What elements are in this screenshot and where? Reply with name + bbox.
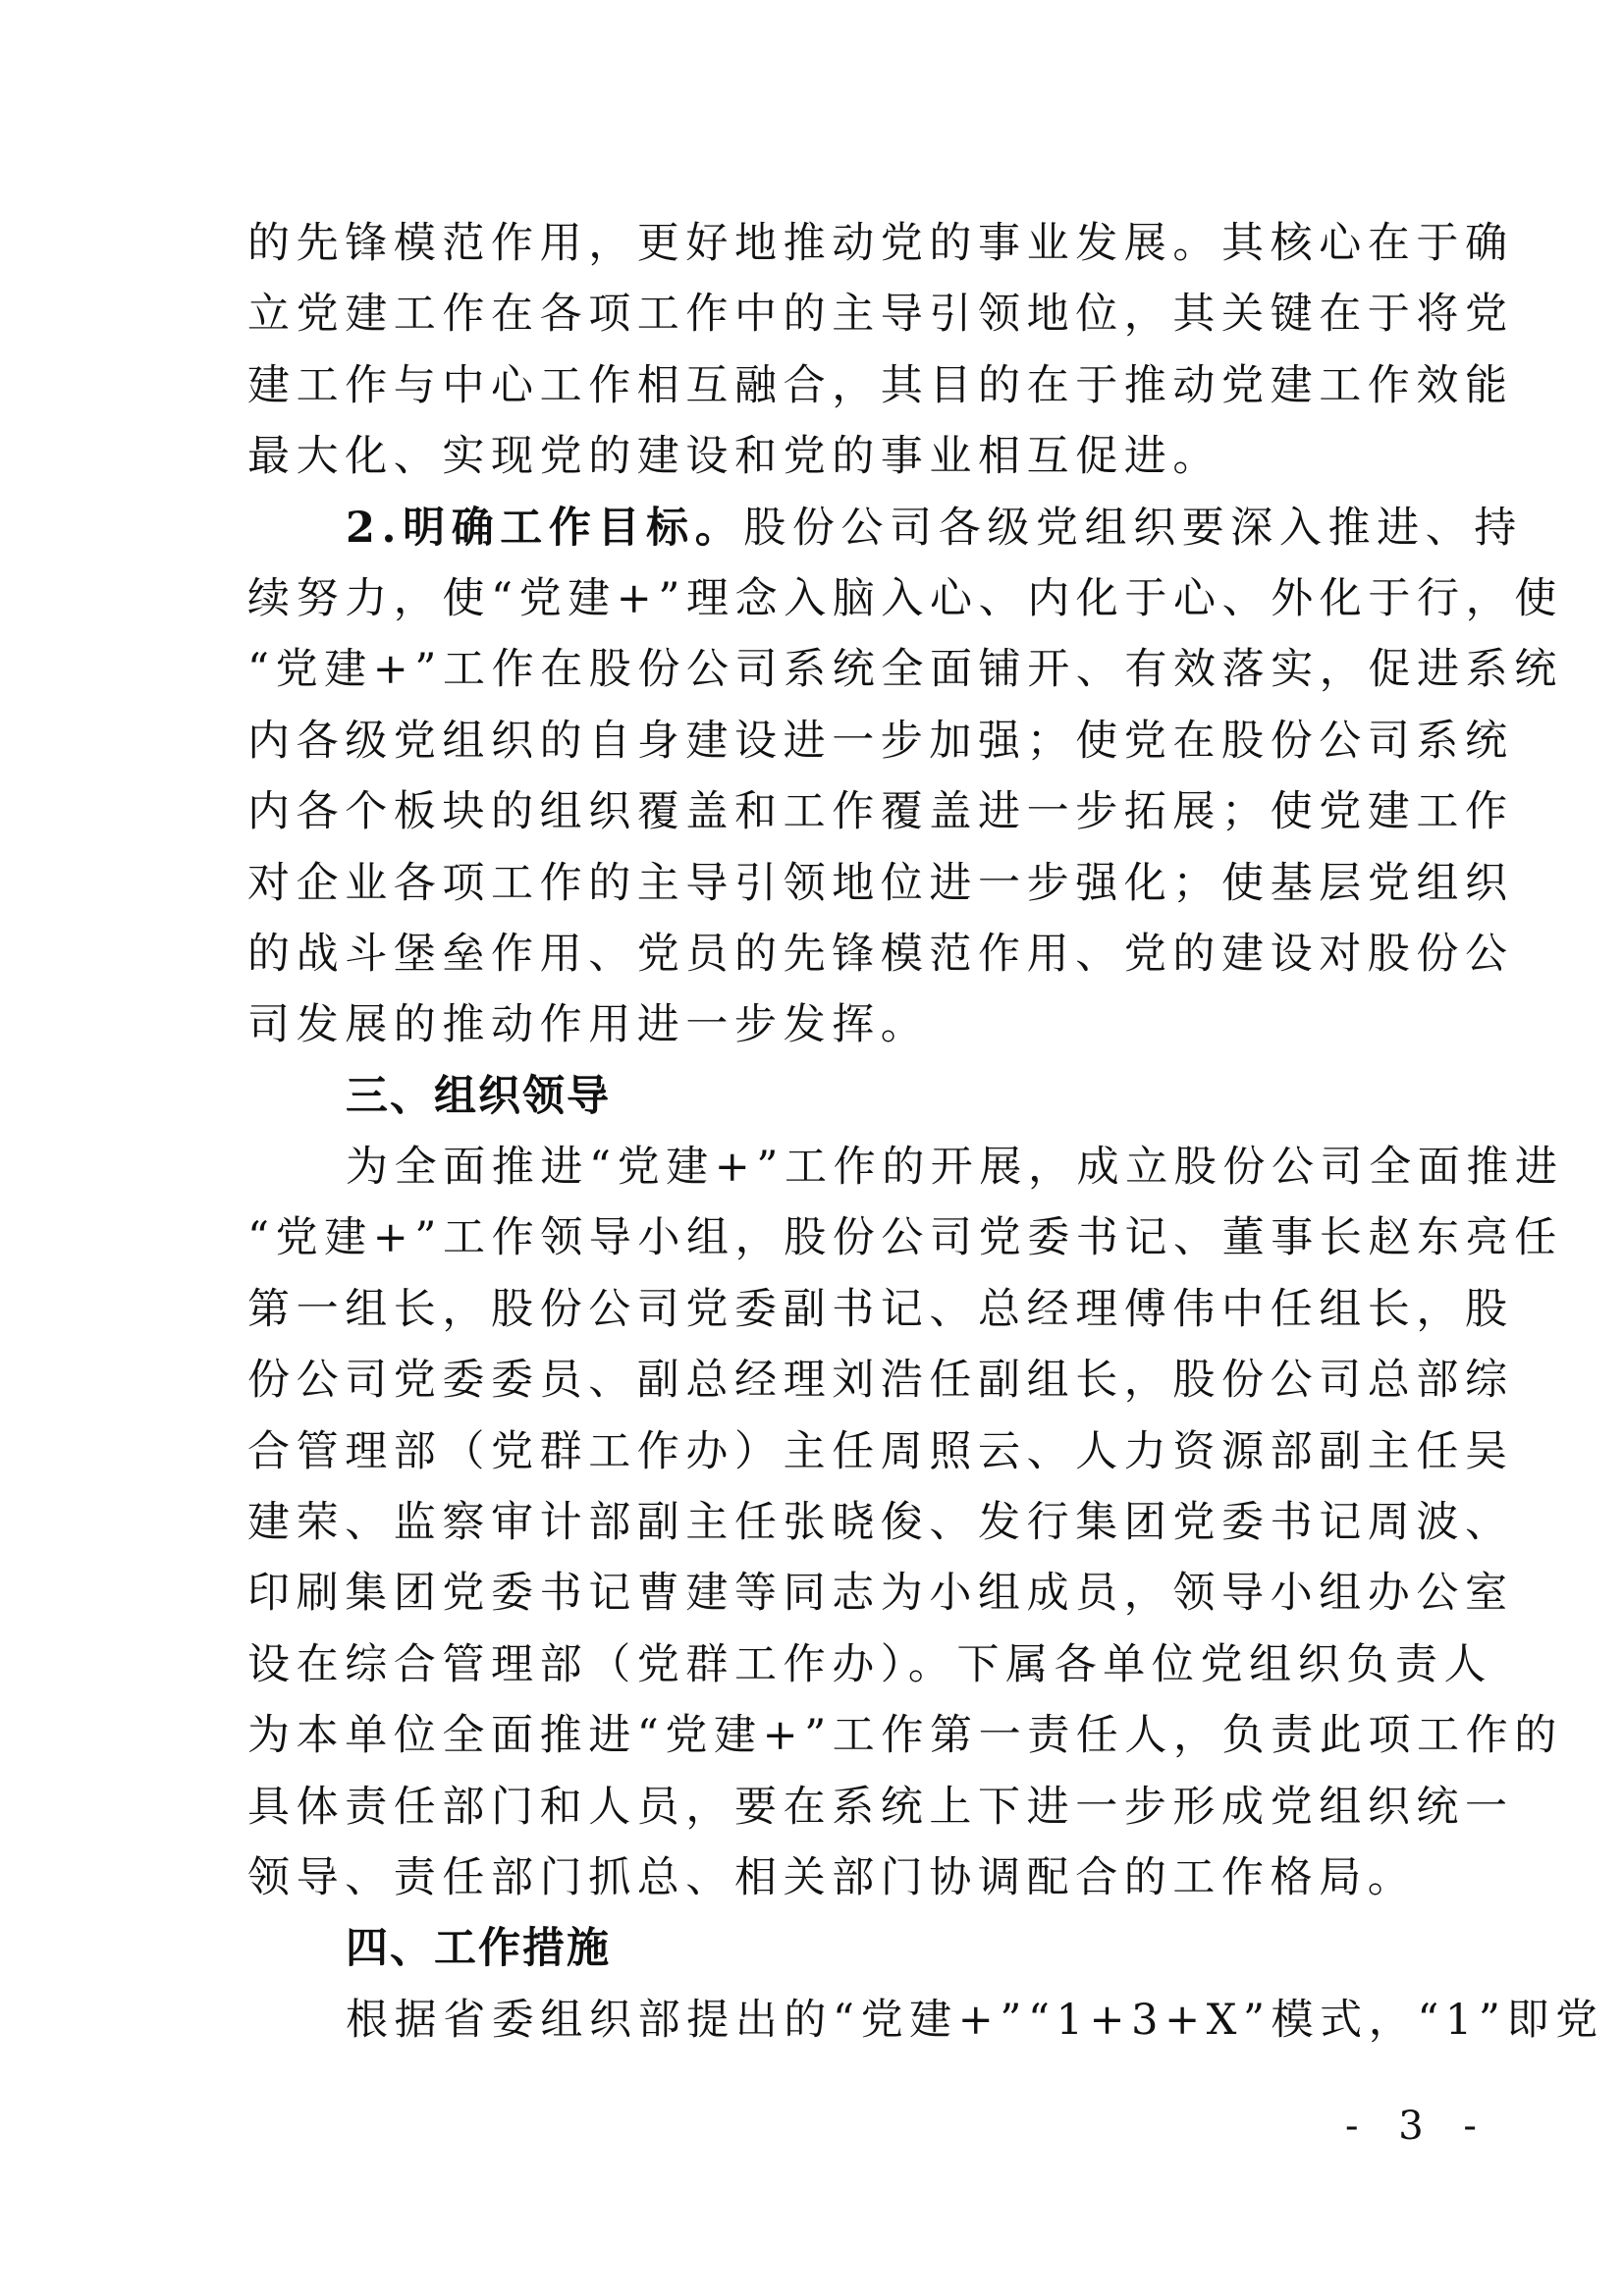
text-line: 的先锋模范作用，更好地推动党的事业发展。其核心在于确 (247, 208, 1386, 279)
text-line: 领导、责任部门抓总、相关部门协调配合的工作格局。 (247, 1842, 1386, 1913)
text-line: “党建+”工作在股份公司系统全面铺开、有效落实，促进系统 (247, 634, 1386, 705)
item-2-paragraph: 2.明确工作目标。股份公司各级党组织要深入推进、持 续努力，使“党建+”理念入脑… (247, 493, 1386, 1061)
text-line: 最大化、实现党的建设和党的事业相互促进。 (247, 421, 1386, 492)
paragraph-continuation: 的先锋模范作用，更好地推动党的事业发展。其核心在于确 立党建工作在各项工作中的主… (247, 208, 1386, 493)
item-2-lead: 2.明确工作目标。 (346, 504, 743, 553)
section-3: 三、组织领导 为全面推进“党建+”工作的开展，成立股份公司全面推进 “党建+”工… (247, 1061, 1386, 1914)
text-line: 内各级党组织的自身建设进一步加强；使党在股份公司系统 (247, 706, 1386, 776)
document-body: 的先锋模范作用，更好地推动党的事业发展。其核心在于确 立党建工作在各项工作中的主… (247, 208, 1386, 2056)
text-line: 份公司党委委员、副总经理刘浩任副组长，股份公司总部综 (247, 1345, 1386, 1415)
text-line: 立党建工作在各项工作中的主导引领地位，其关键在于将党 (247, 279, 1386, 349)
text-line: 根据省委组织部提出的“党建+”“1+3+X”模式，“1”即党 (247, 1985, 1386, 2056)
text-line: “党建+”工作领导小组，股份公司党委书记、董事长赵东亮任 (247, 1202, 1386, 1273)
text-line: 合管理部（党群工作办）主任周照云、人力资源部副主任吴 (247, 1416, 1386, 1487)
text-line: 对企业各项工作的主导引领地位进一步强化；使基层党组织 (247, 848, 1386, 919)
section-heading: 四、工作措施 (247, 1913, 1386, 1984)
text-line: 续努力，使“党建+”理念入脑入心、内化于心、外化于行，使 (247, 563, 1386, 634)
document-page: 的先锋模范作用，更好地推动党的事业发展。其核心在于确 立党建工作在各项工作中的主… (0, 0, 1624, 2296)
text-line: 内各个板块的组织覆盖和工作覆盖进一步拓展；使党建工作 (247, 776, 1386, 847)
text-line: 印刷集团党委书记曹建等同志为小组成员，领导小组办公室 (247, 1558, 1386, 1629)
text-line: 第一组长，股份公司党委副书记、总经理傅伟中任组长，股 (247, 1274, 1386, 1345)
item-2-first-line: 股份公司各级党组织要深入推进、持 (743, 504, 1523, 553)
text-line: 司发展的推动作用进一步发挥。 (247, 989, 1386, 1060)
text-line: 建荣、监察审计部副主任张晓俊、发行集团党委书记周波、 (247, 1487, 1386, 1558)
text-line: 2.明确工作目标。股份公司各级党组织要深入推进、持 (247, 493, 1386, 563)
text-line: 建工作与中心工作相互融合，其目的在于推动党建工作效能 (247, 350, 1386, 421)
text-line: 的战斗堡垒作用、党员的先锋模范作用、党的建设对股份公 (247, 919, 1386, 989)
text-line: 具体责任部门和人员，要在系统上下进一步形成党组织统一 (247, 1772, 1386, 1842)
section-4: 四、工作措施 根据省委组织部提出的“党建+”“1+3+X”模式，“1”即党 (247, 1913, 1386, 2056)
page-number: - 3 - (1345, 2104, 1490, 2149)
text-line: 为本单位全面推进“党建+”工作第一责任人，负责此项工作的 (247, 1700, 1386, 1771)
section-heading: 三、组织领导 (247, 1061, 1386, 1132)
text-line: 为全面推进“党建+”工作的开展，成立股份公司全面推进 (247, 1132, 1386, 1202)
text-line: 设在综合管理部（党群工作办）。下属各单位党组织负责人 (247, 1629, 1386, 1700)
